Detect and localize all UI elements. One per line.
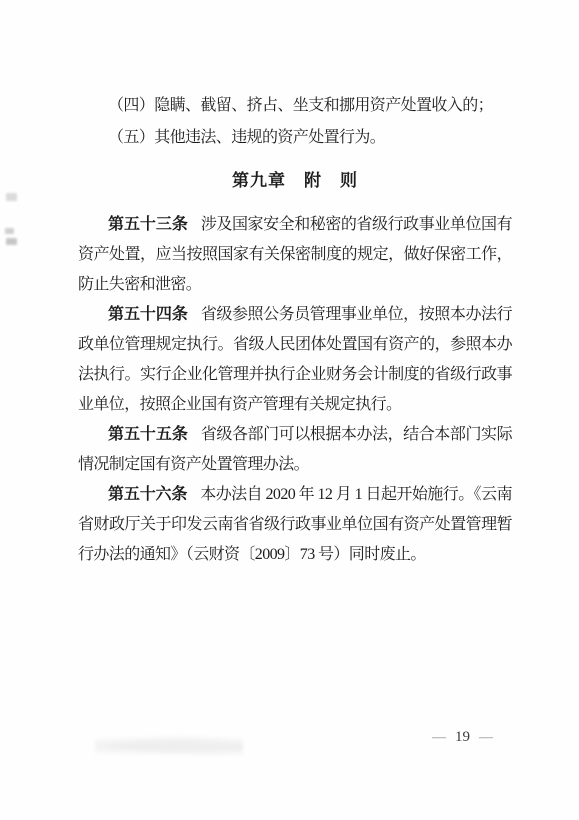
page-number-value: 19 [455,729,470,745]
scan-artifact-mark [6,193,17,201]
page-number: —19— [432,728,493,747]
article-53: 第五十三条涉及国家安全和秘密的省级行政事业单位国有资产处置，应当按照国家有关保密… [78,210,512,300]
footer-dash-right: — [479,730,493,745]
article-54-number: 第五十四条 [108,306,188,323]
document-page: （四）隐瞒、截留、挤占、坐支和挪用资产处置收入的； （五）其他违法、违规的资产处… [0,0,579,820]
clause-item-5: （五）其他违法、违规的资产处置行为。 [78,122,512,154]
document-body: （四）隐瞒、截留、挤占、坐支和挪用资产处置收入的； （五）其他违法、违规的资产处… [78,90,512,570]
scan-bleedthrough-smudge [95,735,243,757]
clause-item-4: （四）隐瞒、截留、挤占、坐支和挪用资产处置收入的； [78,90,512,122]
article-56: 第五十六条本办法自 2020 年 12 月 1 日起开始施行。《云南省财政厅关于… [78,480,512,570]
footer-dash-left: — [432,730,446,745]
article-55-number: 第五十五条 [108,426,188,443]
scan-artifact-mark [5,228,14,234]
article-55: 第五十五条省级各部门可以根据本办法，结合本部门实际情况制定国有资产处置管理办法。 [78,420,512,480]
article-53-number: 第五十三条 [108,216,188,233]
article-56-number: 第五十六条 [108,486,187,503]
chapter-heading: 第九章 附 则 [78,166,512,196]
article-54: 第五十四条省级参照公务员管理事业单位，按照本办法行政单位管理规定执行。省级人民团… [78,300,512,420]
scan-artifact-mark [6,238,17,245]
